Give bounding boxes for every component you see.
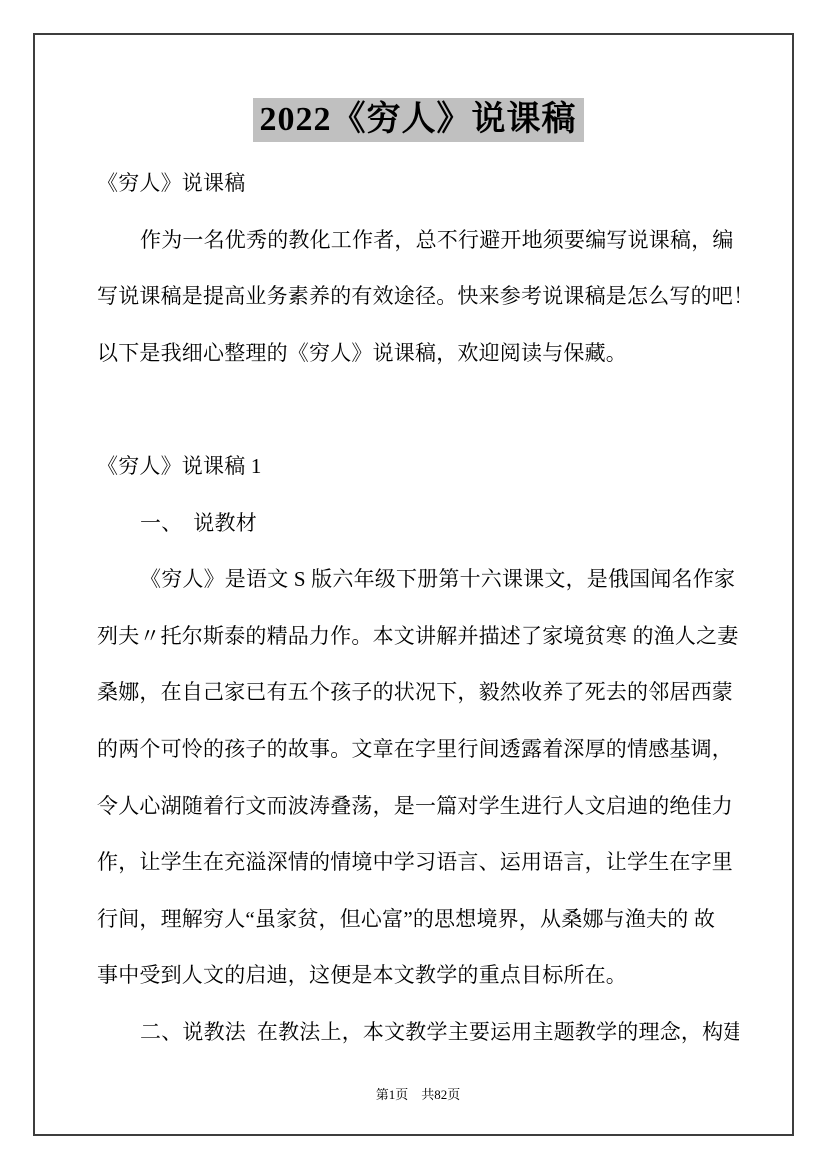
text-line: 一、 说教材 bbox=[97, 495, 739, 552]
text-line: 写说课稿是提高业务素养的有效途径。快来参考说课稿是怎么写的吧！ bbox=[97, 268, 739, 325]
document-canvas: 2022《穷人》说课稿 《穷人》说课稿作为一名优秀的教化工作者，总不行避开地须要… bbox=[0, 0, 827, 1170]
footer-total-pages: 共82页 bbox=[421, 1087, 460, 1102]
title-row: 2022《穷人》说课稿 bbox=[97, 98, 739, 142]
text-line: 作为一名优秀的教化工作者，总不行避开地须要编写说课稿，编 bbox=[97, 212, 739, 269]
text-line: 桑娜，在自己家已有五个孩子的状况下，毅然收养了死去的邻居西蒙 bbox=[97, 664, 739, 721]
document-page: 2022《穷人》说课稿 《穷人》说课稿作为一名优秀的教化工作者，总不行避开地须要… bbox=[33, 33, 794, 1136]
text-line: 《穷人》说课稿 bbox=[97, 155, 739, 212]
page-title: 2022《穷人》说课稿 bbox=[253, 98, 584, 142]
text-line: 《穷人》说课稿 1 bbox=[97, 438, 739, 495]
footer-page-number: 第1页 bbox=[376, 1087, 409, 1102]
body-text: 《穷人》说课稿作为一名优秀的教化工作者，总不行避开地须要编写说课稿，编写说课稿是… bbox=[97, 155, 739, 1061]
text-line: 令人心湖随着行文而波涛叠荡，是一篇对学生进行人文启迪的绝佳力 bbox=[97, 778, 739, 835]
page-footer: 第1页共82页 bbox=[97, 1088, 739, 1102]
text-line: 行间，理解穷人“虽家贫，但心富”的思想境界，从桑娜与渔夫的 故 bbox=[97, 891, 739, 948]
text-line bbox=[97, 381, 739, 438]
page-content: 2022《穷人》说课稿 《穷人》说课稿作为一名优秀的教化工作者，总不行避开地须要… bbox=[97, 35, 739, 1134]
text-line: 二、说教法 在教法上，本文教学主要运用主题教学的理念，构建 bbox=[97, 1004, 739, 1061]
text-line: 《穷人》是语文 S 版六年级下册第十六课课文，是俄国闻名作家 bbox=[97, 551, 739, 608]
text-line: 以下是我细心整理的《穷人》说课稿，欢迎阅读与保藏。 bbox=[97, 325, 739, 382]
text-line: 事中受到人文的启迪，这便是本文教学的重点目标所在。 bbox=[97, 947, 739, 1004]
text-line: 的两个可怜的孩子的故事。文章在字里行间透露着深厚的情感基调， bbox=[97, 721, 739, 778]
text-line: 列夫〃托尔斯泰的精品力作。本文讲解并描述了家境贫寒 的渔人之妻 bbox=[97, 608, 739, 665]
text-line: 作，让学生在充溢深情的情境中学习语言、运用语言，让学生在字里 bbox=[97, 834, 739, 891]
